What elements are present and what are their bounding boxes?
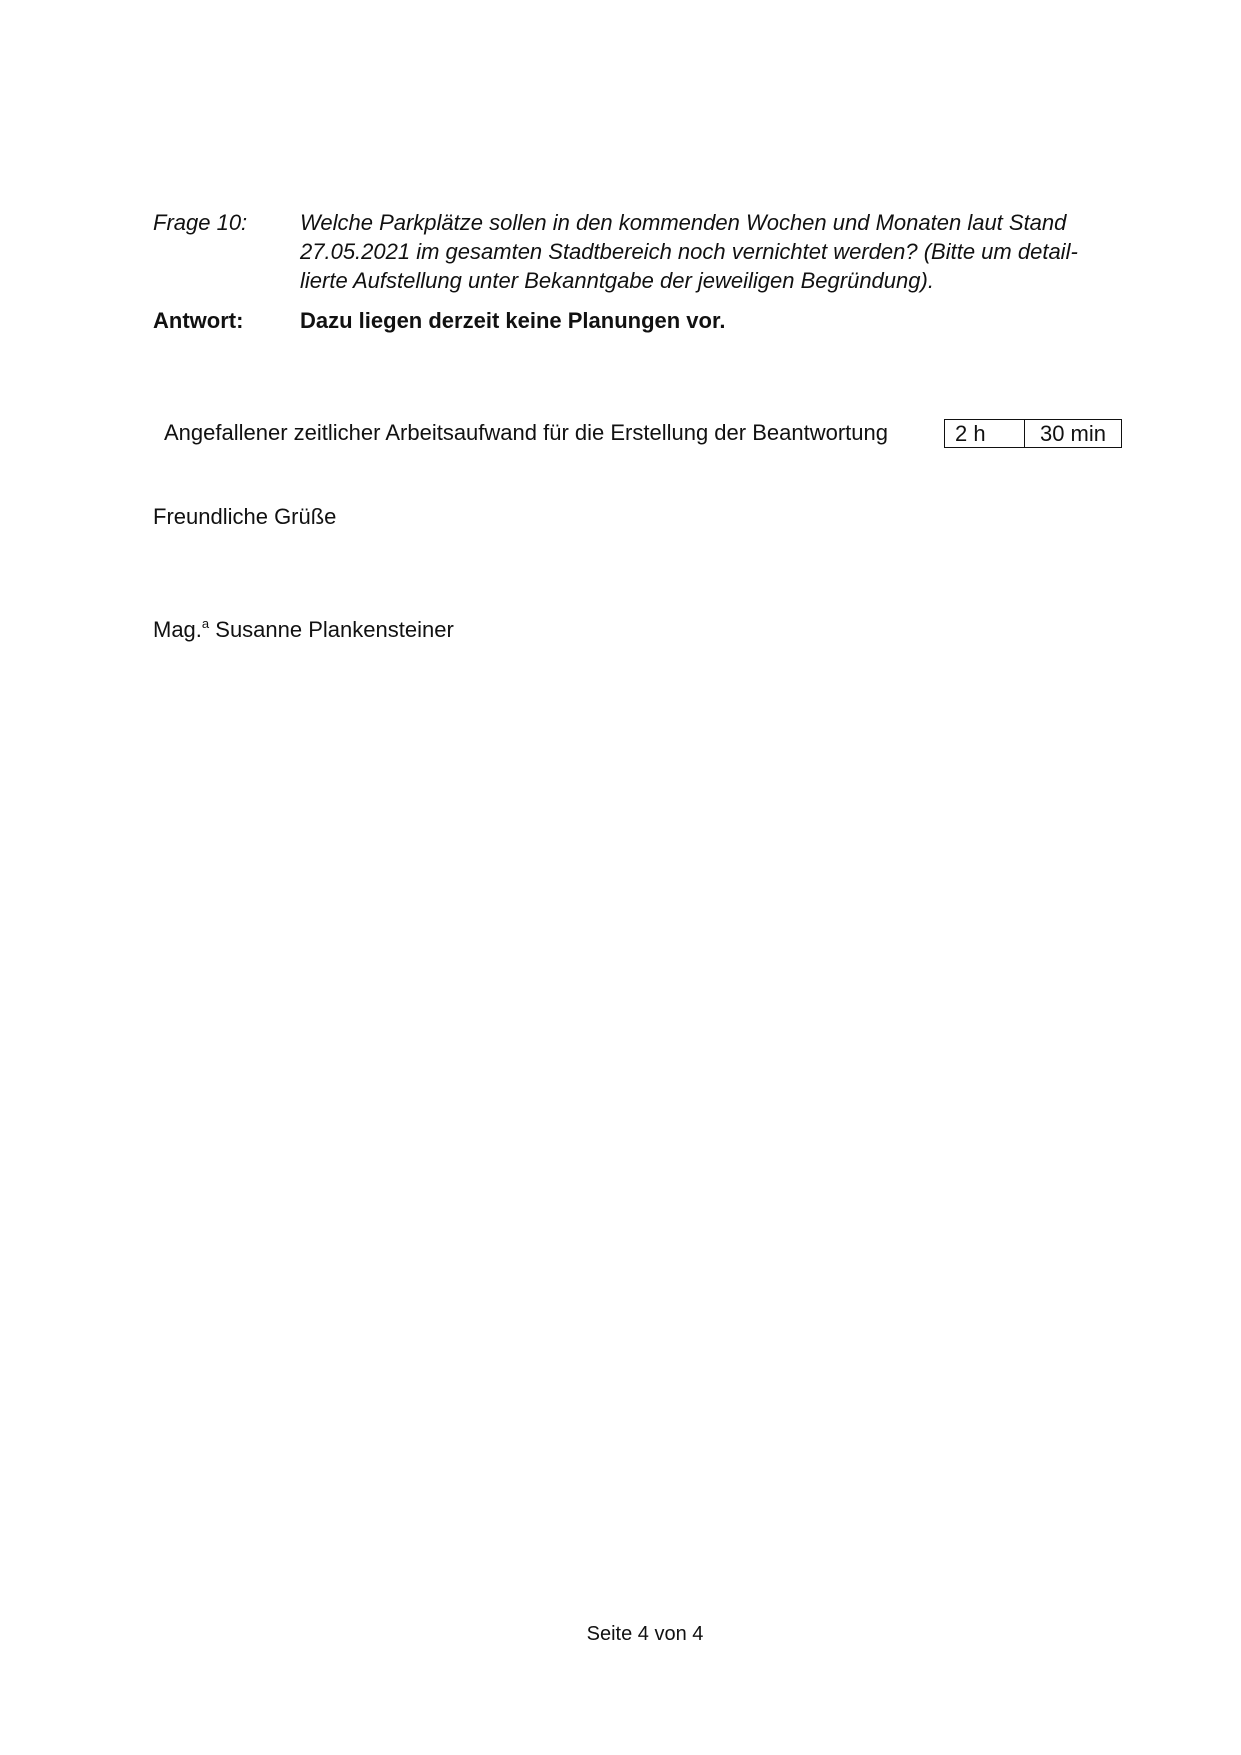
answer-label: Antwort: (153, 306, 243, 335)
greeting: Freundliche Grüße (153, 502, 336, 531)
signature: Mag.a Susanne Plankensteiner (153, 615, 454, 644)
signature-name: Susanne Plankensteiner (209, 617, 454, 642)
effort-minutes-cell: 30 min (1025, 420, 1121, 447)
answer-text: Dazu liegen derzeit keine Planungen vor. (300, 306, 725, 335)
question-label: Frage 10: (153, 208, 247, 237)
effort-hours-cell: 2 h (945, 420, 1025, 447)
signature-title: Mag. (153, 617, 202, 642)
effort-table: 2 h 30 min (944, 419, 1122, 448)
page-indicator: Seite 4 von 4 (0, 1622, 1241, 1646)
question-text: Welche Parkplätze sollen in den kommende… (300, 208, 1130, 295)
effort-label: Angefallener zeitlicher Arbeitsaufwand f… (164, 418, 888, 447)
